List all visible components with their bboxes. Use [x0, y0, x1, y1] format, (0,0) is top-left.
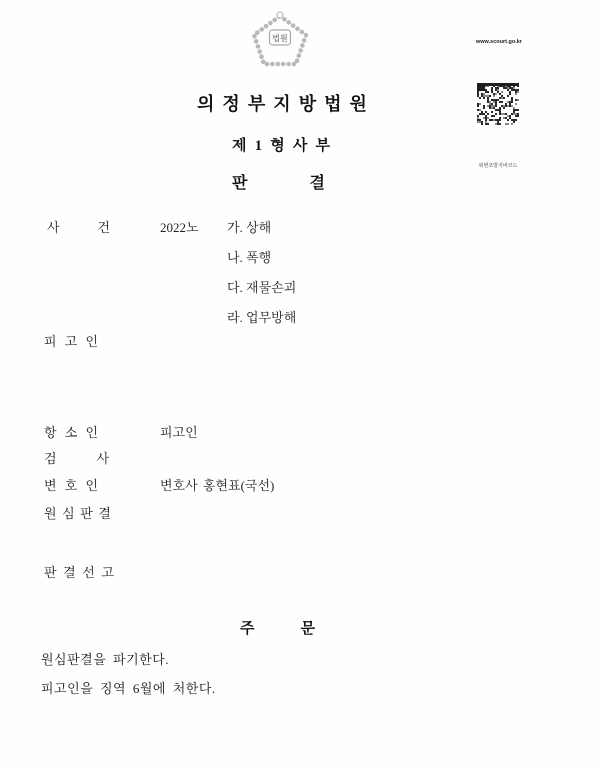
- field-label-judgment-date: 판결선고: [44, 566, 114, 581]
- field-value-defense-counsel: 변호사 홍현표(국선): [160, 479, 274, 494]
- seal-label: 법원: [272, 33, 288, 43]
- charge-item: 나. 폭행: [227, 251, 271, 266]
- charge-item: 다. 재물손괴: [227, 281, 296, 296]
- judgment-document: 법원 www.scourt.go.kr 위변조방지바코드 의정부지방법원 제1형…: [0, 0, 600, 771]
- charge-item: 가. 상해: [227, 221, 271, 236]
- field-value-case-number: 2022노: [160, 221, 199, 236]
- verification-block: www.scourt.go.kr 위변조방지바코드: [476, 2, 520, 206]
- field-label-defense-counsel: 변호인: [44, 479, 98, 494]
- field-label-case: 사건: [47, 221, 110, 236]
- disposition-sentence: 피고인을 징역 6월에 처한다.: [41, 682, 216, 697]
- court-seal: 법원: [249, 9, 311, 67]
- court-url: www.scourt.go.kr: [476, 39, 520, 46]
- field-label-prosecutor: 검사: [44, 452, 109, 467]
- disposition-heading: 주문: [240, 621, 315, 638]
- document-type-title: 판결: [232, 175, 325, 193]
- court-name: 의정부지방법원: [197, 94, 367, 115]
- charge-item: 라. 업무방해: [227, 311, 296, 326]
- disposition-sentence: 원심판결을 파기한다.: [41, 653, 169, 668]
- seal-top-ring: [277, 12, 283, 18]
- division-name: 제1형사부: [232, 138, 330, 155]
- field-value-appellant: 피고인: [160, 426, 198, 441]
- barcode-caption: 위변조방지바코드: [476, 163, 520, 170]
- field-label-lower-court-judgment: 원심판결: [44, 507, 111, 522]
- verification-barcode: [477, 83, 519, 125]
- field-label-defendant: 피고인: [44, 335, 98, 350]
- field-label-appellant: 항소인: [44, 426, 98, 441]
